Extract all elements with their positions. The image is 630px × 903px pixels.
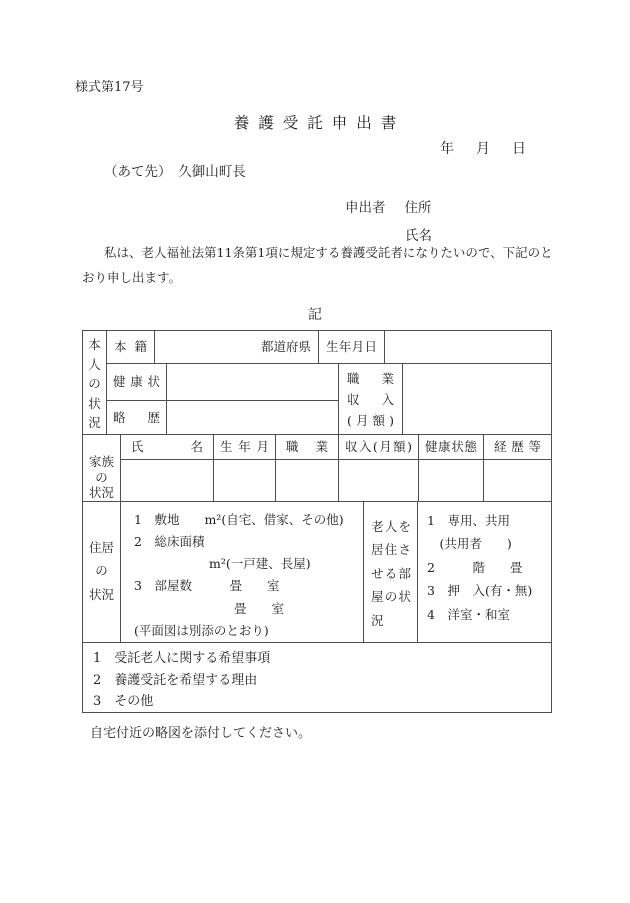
elder-room-detail-line: (共用者 )	[427, 532, 551, 556]
family-header-birthdate: 生年月日	[214, 435, 276, 459]
family-header-income: 収入(月額)	[339, 435, 419, 459]
section-personal: 本 人 の 状 況 本籍地 都道府県 生年月日 健康状態 略歴	[83, 331, 551, 435]
housing-detail-line: m²(一戸建、長屋)	[134, 553, 363, 575]
housing-detail-line: 畳 室	[134, 598, 363, 620]
addressee: （あて先） 久御山町長	[104, 160, 246, 180]
housing-details-cell: 1 敷地 m²(自宅、借家、その他) 2 総床面積 m²(一戸建、長屋) 3 部…	[121, 502, 364, 643]
occupation-income-value-cell	[403, 364, 551, 434]
family-header-career: 経歴等	[484, 435, 551, 459]
family-header-health: 健康状態	[419, 435, 484, 459]
elder-room-details-cell: 1 専用、共用 (共用者 ) 2 階 畳 3 押 入(有・無) 4 洋室・和室	[418, 502, 551, 643]
elder-room-detail-line: 2 階 畳	[427, 556, 551, 580]
family-income-cell	[339, 460, 419, 501]
housing-detail-line: (平面図は別添のとおり)	[134, 620, 363, 642]
address-label: 住所	[405, 196, 432, 216]
date-month-label: 月	[476, 138, 490, 158]
date-line: 年 月 日	[440, 138, 526, 158]
body-text: 私は、老人福祉法第11条第1項に規定する養護受託者になりたいので、下記のとおり申…	[82, 240, 554, 290]
housing-side-label: 住居 の 状況	[83, 502, 121, 643]
section-family: 家族 の 状況 氏名 生年月日 職業 収入(月額) 健康状態 経歴等	[83, 435, 551, 502]
elder-room-label: 老人を 居住さ せる部 屋の状 況	[364, 502, 418, 643]
family-occupation-cell	[276, 460, 339, 501]
birthdate-value-cell	[385, 331, 551, 363]
note-line: 3 その他	[93, 691, 551, 713]
occupation-income-label: 職業 収入 (月額)	[339, 364, 403, 434]
birthdate-label: 生年月日	[319, 331, 385, 363]
document-page: 様式第17号 養護受託申出書 年 月 日 （あて先） 久御山町長 申出者 住所 …	[0, 0, 630, 903]
elder-room-detail-line: 3 押 入(有・無)	[427, 579, 551, 603]
housing-detail-line: 2 総床面積	[134, 531, 363, 553]
note-line: 2 養護受託を希望する理由	[93, 670, 551, 692]
section-notes: 1 受託老人に関する希望事項 2 養護受託を希望する理由 3 その他	[83, 643, 551, 713]
main-table: 本 人 の 状 況 本籍地 都道府県 生年月日 健康状態 略歴	[82, 330, 552, 713]
footnote: 自宅付近の略図を添付してください。	[90, 722, 311, 741]
family-header-name: 氏名	[121, 435, 214, 459]
prefecture-label: 都道府県	[155, 331, 319, 363]
housing-detail-line: 1 敷地 m²(自宅、借家、その他)	[134, 509, 363, 531]
family-side-label: 家族 の 状況	[83, 435, 121, 501]
date-year-label: 年	[440, 138, 454, 158]
note-line: 1 受託老人に関する希望事項	[93, 648, 551, 670]
section-housing: 住居 の 状況 1 敷地 m²(自宅、借家、その他) 2 総床面積 m²(一戸建…	[83, 502, 551, 644]
family-header-occupation: 職業	[276, 435, 339, 459]
family-birthdate-cell	[214, 460, 276, 501]
applicant-block: 申出者 住所 氏名	[345, 196, 432, 244]
document-title: 養護受託申出書	[0, 111, 630, 133]
career-value-cell	[167, 401, 338, 434]
elder-room-detail-line: 1 専用、共用	[427, 509, 551, 533]
domicile-label: 本籍地	[107, 331, 155, 363]
applicant-label: 申出者	[345, 196, 386, 216]
housing-detail-line: 3 部屋数 畳 室	[134, 575, 363, 597]
form-number: 様式第17号	[75, 76, 144, 95]
health-label: 健康状態	[107, 364, 167, 400]
date-day-label: 日	[512, 138, 526, 158]
record-heading: 記	[0, 304, 630, 324]
elder-room-detail-line: 4 洋室・和室	[427, 603, 551, 627]
health-value-cell	[167, 364, 338, 400]
family-career-cell	[484, 460, 551, 501]
family-health-cell	[419, 460, 484, 501]
career-label: 略歴	[107, 401, 167, 434]
family-name-cell	[121, 460, 214, 501]
personal-side-label: 本 人 の 状 況	[83, 331, 107, 434]
